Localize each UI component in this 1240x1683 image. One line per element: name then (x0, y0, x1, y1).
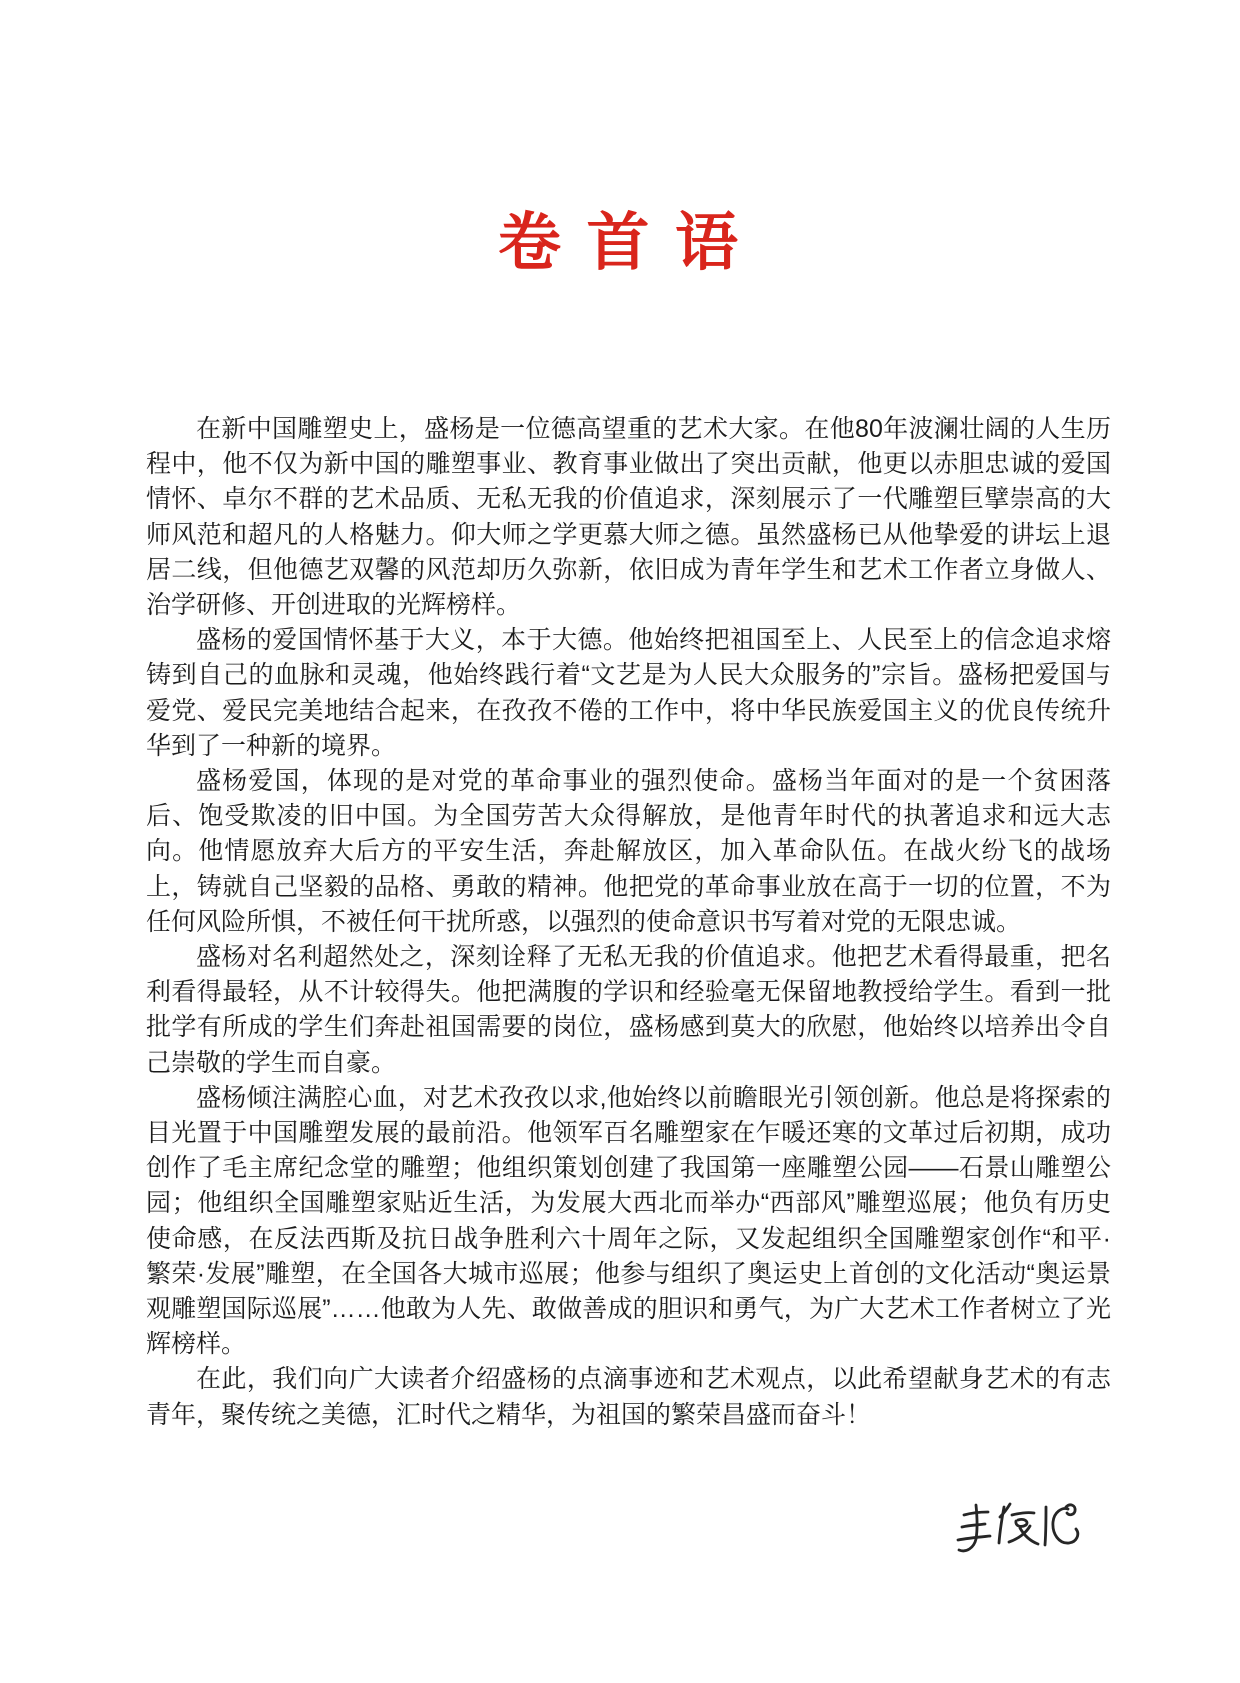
paragraph-5: 盛杨倾注满腔心血，对艺术孜孜以求,他始终以前瞻眼光引领创新。他总是将探索的目光置… (146, 1081, 1111, 1363)
paragraph-1: 在新中国雕塑史上，盛杨是一位德高望重的艺术大家。在他80年波澜壮阔的人生历程中，… (146, 412, 1111, 623)
signature-strokes-image (948, 1494, 1088, 1566)
handwritten-signature (948, 1494, 1088, 1566)
paragraph-2: 盛杨的爱国情怀基于大义，本于大德。他始终把祖国至上、人民至上的信念追求熔铸到自己… (146, 623, 1111, 764)
paragraph-4: 盛杨对名利超然处之，深刻诠释了无私无我的价值追求。他把艺术看得最重，把名利看得最… (146, 940, 1111, 1081)
paragraph-3: 盛杨爱国，体现的是对党的革命事业的强烈使命。盛杨当年面对的是一个贫困落后、饱受欺… (146, 764, 1111, 940)
paragraph-6: 在此，我们向广大读者介绍盛杨的点滴事迹和艺术观点，以此希望献身艺术的有志青年，聚… (146, 1362, 1111, 1432)
page-title: 卷 首 语 (0, 204, 1240, 282)
body-text: 在新中国雕塑史上，盛杨是一位德高望重的艺术大家。在他80年波澜壮阔的人生历程中，… (146, 412, 1111, 1433)
preface-page: 卷 首 语 在新中国雕塑史上，盛杨是一位德高望重的艺术大家。在他80年波澜壮阔的… (0, 0, 1240, 1683)
